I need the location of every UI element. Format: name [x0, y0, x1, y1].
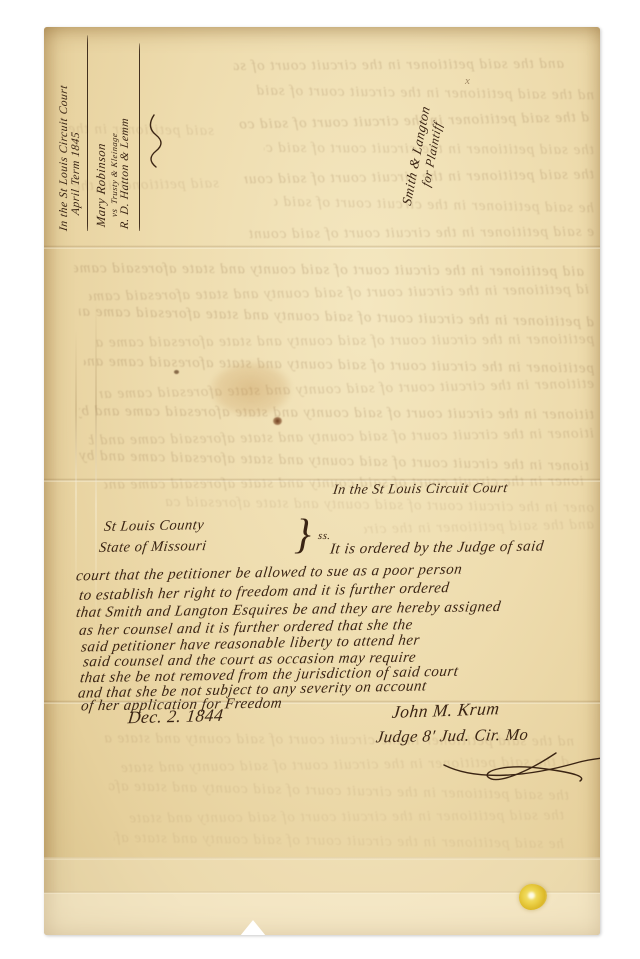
bleedthrough-line: e said petitioner in the circuit court o… — [249, 224, 594, 243]
docket-term: April Term 1845 — [70, 131, 82, 216]
paper-tear — [240, 920, 266, 935]
bleedthrough-line: titioner in the circuit court of said co… — [79, 403, 594, 424]
bleedthrough-line: d petitioner in the circuit court of sai… — [79, 304, 594, 332]
bleedthrough-line: itioner in the circuit court of said cou… — [89, 425, 594, 449]
bleedthrough-line: he said petitioner in the circuit court … — [114, 830, 564, 853]
wax-seal-spot — [519, 884, 547, 910]
fold-crease — [44, 478, 600, 482]
dateline: Dec. 2. 1844 — [128, 705, 224, 728]
docket-court: In the St Louis Circuit Court — [58, 84, 70, 232]
stain — [210, 361, 292, 417]
caption-state: State of Missouri — [99, 538, 207, 557]
caption-ss: ss. — [318, 530, 331, 542]
docket-plaintiff: Mary Robinson — [94, 142, 109, 228]
docket-vs: vs — [109, 208, 119, 218]
bleedthrough-line: id petitioner in the circuit court of sa… — [89, 282, 589, 306]
bleedthrough-line: etitioner in the circuit court of said c… — [99, 376, 594, 403]
bleedthrough-line: the said petitioner in the circuit court… — [124, 807, 564, 827]
court-heading: In the St Louis Circuit Court — [333, 481, 508, 499]
stain-speck — [174, 370, 179, 374]
bleedthrough-line: tioner in the circuit court of said coun… — [74, 448, 589, 476]
paper-sheet: and the said petitioner in the circuit c… — [44, 27, 600, 935]
judge-title: Judge 8' Jud. Cir. Mo — [376, 725, 529, 748]
docket-defendants-1: Trusty & Kleinage — [109, 132, 119, 205]
document-scan: and the said petitioner in the circuit c… — [0, 0, 640, 959]
ink-stain-dot — [273, 417, 282, 425]
paper-light-band — [44, 857, 600, 893]
bleedthrough-line: and the said petitioner in the circuit c… — [364, 517, 594, 539]
fold-crease — [44, 245, 600, 249]
paper-light-band — [44, 893, 600, 935]
docket-squiggle — [146, 111, 162, 171]
bleedthrough-line: aid petitioner in the circuit court of s… — [74, 260, 584, 281]
body-line: It is ordered by the Judge of said — [330, 539, 544, 559]
caption-brace: } — [294, 511, 311, 559]
docket-defendants-2: R. D. Hatton & Lemm — [119, 117, 131, 230]
judge-signature: John M. Krum — [392, 698, 500, 723]
x-mark: x — [465, 75, 470, 87]
fold-crease — [44, 891, 600, 894]
bleedthrough-line: petitioner in the circuit court of said … — [94, 331, 594, 351]
docket-rule — [87, 35, 88, 231]
docket-endorsement: In the St Louis Circuit Court April Term… — [58, 31, 240, 231]
bleedthrough-line: petitioner in the circuit court of said … — [84, 353, 594, 377]
fold-crease — [44, 857, 600, 860]
docket-rule — [139, 43, 140, 231]
signature-flourish — [436, 747, 600, 787]
vertical-crease — [75, 330, 77, 600]
caption-county: St Louis County — [104, 517, 204, 536]
